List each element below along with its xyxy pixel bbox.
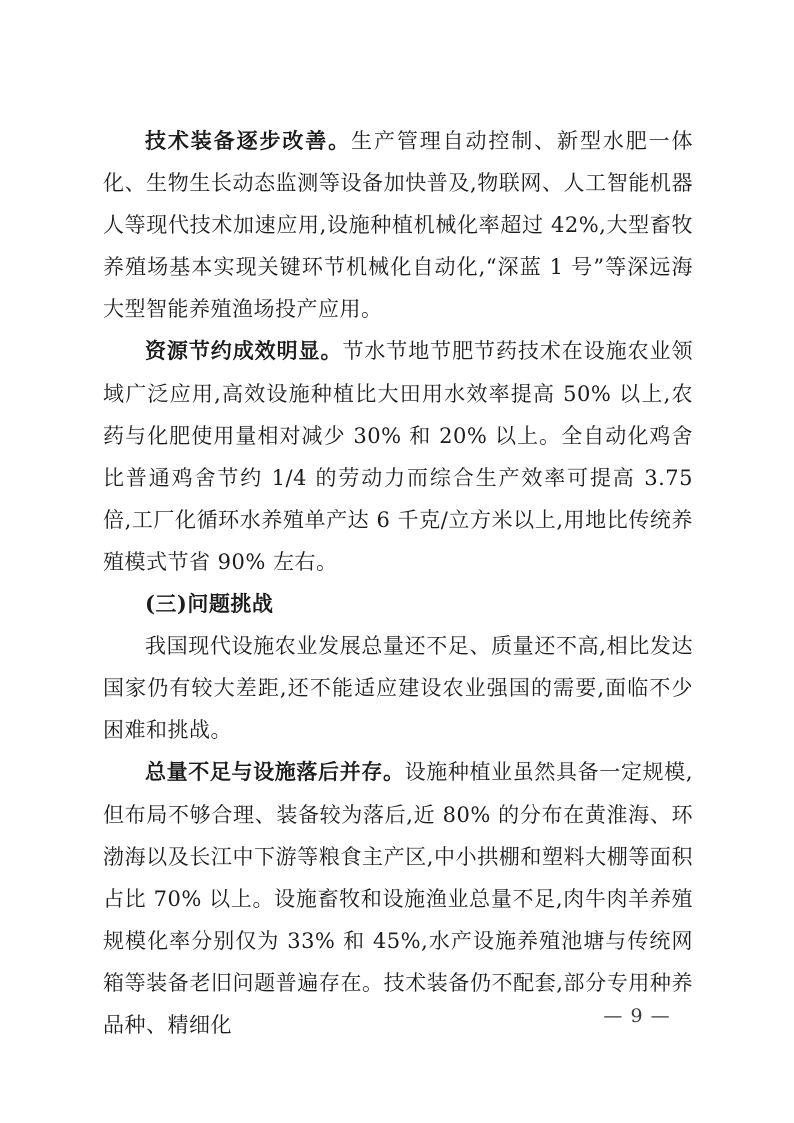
paragraph-lead: 总量不足与设施落后并存。 [145,759,405,784]
paragraph-text: 生产管理自动控制、新型水肥一体化、生物生长动态监测等设备加快普及,物联网、人工智… [103,129,693,321]
document-page: 技术装备逐步改善。生产管理自动控制、新型水肥一体化、生物生长动态监测等设备加快普… [0,0,794,1123]
paragraph-challenges-intro: 我国现代设施农业发展总量还不足、质量还不高,相比发达国家仍有较大差距,还不能适应… [103,625,693,751]
paragraph-text: 节水节地节肥节药技术在设施农业领域广泛应用,高效设施种植比大田用水效率提高 50… [103,339,693,573]
paragraph-lead: 资源节约成效明显。 [145,338,342,363]
paragraph-tech-equipment: 技术装备逐步改善。生产管理自动控制、新型水肥一体化、生物生长动态监测等设备加快普… [103,120,693,330]
paragraph-lead: 技术装备逐步改善。 [145,128,351,153]
paragraph-text: 设施种植业虽然具备一定规模,但布局不够合理、装备较为落后,近 80% 的分布在黄… [103,760,693,1037]
page-number: — 9 — [592,1005,682,1027]
paragraph-resource-saving: 资源节约成效明显。节水节地节肥节药技术在设施农业领域广泛应用,高效设施种植比大田… [103,330,693,583]
paragraph-text: 我国现代设施农业发展总量还不足、质量还不高,相比发达国家仍有较大差距,还不能适应… [103,634,693,742]
section-heading: (三)问题挑战 [103,583,693,625]
paragraph-insufficient-total: 总量不足与设施落后并存。设施种植业虽然具备一定规模,但布局不够合理、装备较为落后… [103,751,693,1046]
document-body: 技术装备逐步改善。生产管理自动控制、新型水肥一体化、生物生长动态监测等设备加快普… [103,120,693,1046]
